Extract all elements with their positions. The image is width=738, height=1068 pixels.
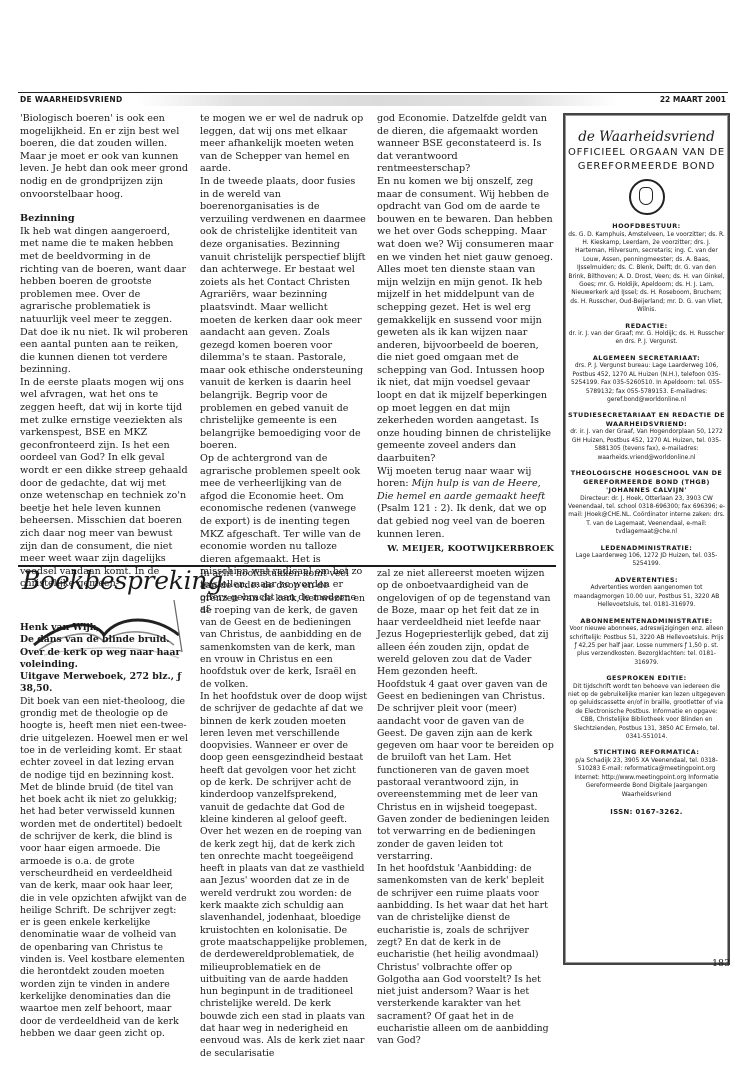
book-title: De dans van de blinde bruid. — [20, 634, 188, 646]
issue-date: 22 MAART 2001 — [660, 95, 726, 104]
section-body: Advertenties worden aangenomen tot maand… — [565, 584, 728, 609]
section-heading: ABONNEMENTENADMINISTRATIE: — [565, 617, 728, 626]
masthead-box: de Waarheidsvriend OFFICIEEL ORGAAN VAN … — [563, 113, 730, 965]
section-heading: LEDENADMINISTRATIE: — [565, 544, 728, 553]
masthead-subtitle: GEREFORMEERDE BOND — [565, 160, 728, 173]
article-column-1: 'Biologisch boeren' is ook een mogelijkh… — [20, 113, 188, 591]
masthead-section-redactie: REDACTIE: dr. ir. J. van der Graaf; mr. … — [565, 322, 728, 347]
section-heading: ADVERTENTIES: — [565, 576, 728, 585]
paragraph: In acht hoofdstukken komt veel aan de or… — [200, 568, 368, 691]
section-heading: GESPROKEN EDITIE: — [565, 674, 728, 683]
publication-name: DE WAARHEIDSVRIEND — [20, 95, 123, 104]
masthead-section-ledenadministratie: LEDENADMINISTRATIE: Lage Laarderweg 106,… — [565, 544, 728, 569]
section-heading: ALGEMEEN SECRETARIAAT: — [565, 354, 728, 363]
section-body: dr. ir. J. van der Graaf, Van Hogendorpl… — [565, 428, 728, 462]
book-publisher: Uitgave Merweboek, 272 blz., ƒ 38,50. — [20, 671, 188, 696]
book-subtitle: Over de kerk op weg naar haar voleinding… — [20, 647, 188, 672]
paragraph: zal ze niet allereerst moeten wijzen op … — [377, 568, 554, 679]
paragraph: In het hoofdstuk over de doop wijst de s… — [200, 691, 368, 1060]
issn-number: ISSN: 0167-3262. — [565, 808, 728, 816]
review-column-2: In acht hoofdstukken komt veel aan de or… — [200, 568, 368, 1060]
paragraph: In de eerste plaats mogen wij ons wel af… — [20, 377, 188, 591]
section-body: Voor nieuwe abonnees, adreswijzigingen e… — [565, 625, 728, 667]
section-title: Boekbespreking — [22, 566, 223, 595]
paragraph: In het hoofdstuk 'Aanbidding: de samenko… — [377, 863, 554, 1047]
paragraph: Wij moeten terug naar waar wij horen: Mi… — [377, 466, 554, 542]
paragraph: In de tweede plaats, door fusies in de w… — [200, 176, 366, 453]
section-heading: HOOFDBESTUUR: — [565, 222, 728, 231]
paragraph: Met de blinde bruid (de titel van het bo… — [20, 782, 188, 1040]
text: (Psalm 121 : 2). Ik denk, dat we op dat … — [377, 503, 547, 539]
review-column-1: Henk van Wijk, De dans van de blinde bru… — [20, 622, 188, 1040]
paragraph: god Economie. Datzelfde geldt van de die… — [377, 113, 554, 176]
paragraph: 'Biologisch boeren' is ook een mogelijkh… — [20, 113, 188, 201]
paragraph: Dit boek van een niet-theoloog, die gron… — [20, 696, 188, 782]
masthead-section-hoofdbestuur: HOOFDBESTUUR: ds. G. D. Kamphuis, Amstel… — [565, 222, 728, 315]
section-body: Dit tijdschrift wordt ten behoeve van ie… — [565, 683, 728, 742]
book-author: Henk van Wijk, — [20, 622, 188, 634]
section-body: Directeur: dr. J. Hoek, Otterlaan 23, 39… — [565, 495, 728, 537]
header-decorative-band — [138, 95, 618, 106]
section-body: dr. ir. J. van der Graaf; mr. G. Holdijk… — [565, 330, 728, 347]
section-heading: REDACTIE: — [565, 322, 728, 331]
paragraph: Hoofdstuk 4 gaat over gaven van de Geest… — [377, 679, 554, 863]
article-column-3: god Economie. Datzelfde geldt van de die… — [377, 113, 554, 556]
section-heading: STUDIESECRETARIAAT EN REDACTIE DE WAARHE… — [565, 411, 728, 428]
masthead-section-advertenties: ADVERTENTIES: Advertenties worden aangen… — [565, 576, 728, 610]
article-column-2: te mogen we er wel de nadruk op leggen, … — [200, 113, 366, 617]
emblem-icon — [629, 179, 665, 215]
paragraph: te mogen we er wel de nadruk op leggen, … — [200, 113, 366, 176]
masthead-section-thgb: THEOLOGISCHE HOGESCHOOL VAN DE GEREFORME… — [565, 469, 728, 537]
subheading: Bezinning — [20, 213, 188, 226]
paragraph: Ik heb wat dingen aangeroerd, met name d… — [20, 226, 188, 377]
running-header: DE WAARHEIDSVRIEND 22 MAART 2001 — [18, 92, 728, 107]
author-signature: W. MEIJER, KOOTWIJKERBROEK — [377, 543, 554, 556]
masthead-section-secretariaat: ALGEMEEN SECRETARIAAT: drs. P. J. Vergun… — [565, 354, 728, 405]
masthead-title: de Waarheidsvriend — [565, 129, 728, 145]
masthead-section-abonnementen: ABONNEMENTENADMINISTRATIE: Voor nieuwe a… — [565, 617, 728, 668]
section-body: drs. P. J. Vergunst bureau: Lage Laarder… — [565, 362, 728, 404]
masthead-section-studiesecretariaat: STUDIESECRETARIAAT EN REDACTIE DE WAARHE… — [565, 411, 728, 462]
masthead-section-gesproken-editie: GESPROKEN EDITIE: Dit tijdschrift wordt … — [565, 674, 728, 741]
section-body: p/a Schadijk 23, 3905 XA Veenendaal, tel… — [565, 757, 728, 799]
paragraph: En nu komen we bij onszelf, zeg maar de … — [377, 176, 554, 466]
review-column-3: zal ze niet allereerst moeten wijzen op … — [377, 568, 554, 1048]
masthead-section-reformatica: STICHTING REFORMATICA: p/a Schadijk 23, … — [565, 748, 728, 799]
page-number: 183 — [712, 958, 730, 969]
section-heading: STICHTING REFORMATICA: — [565, 748, 728, 757]
section-body: Lage Laarderweg 106, 1272 JD Huizen, tel… — [565, 552, 728, 569]
section-body: ds. G. D. Kamphuis, Amstelveen, 1e voorz… — [565, 231, 728, 315]
masthead-subtitle: OFFICIEEL ORGAAN VAN DE — [565, 146, 728, 159]
section-heading: THEOLOGISCHE HOGESCHOOL VAN DE GEREFORME… — [565, 469, 728, 495]
